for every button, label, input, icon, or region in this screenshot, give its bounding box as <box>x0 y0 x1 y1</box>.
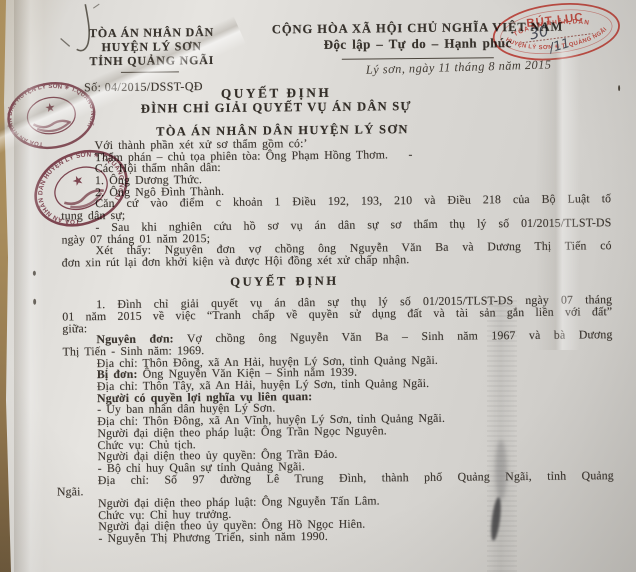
document-photo: TÒA ÁN NHÂN DÂN HUYỆN LÝ SƠN TỈNH QUẢNG … <box>0 0 636 572</box>
ink-speck <box>33 271 36 276</box>
court-decision-page: TÒA ÁN NHÂN DÂN HUYỆN LÝ SƠN TỈNH QUẢNG … <box>0 0 636 572</box>
ink-speck <box>618 85 620 91</box>
ink-speck <box>33 299 36 305</box>
pen-mark <box>0 0 636 572</box>
